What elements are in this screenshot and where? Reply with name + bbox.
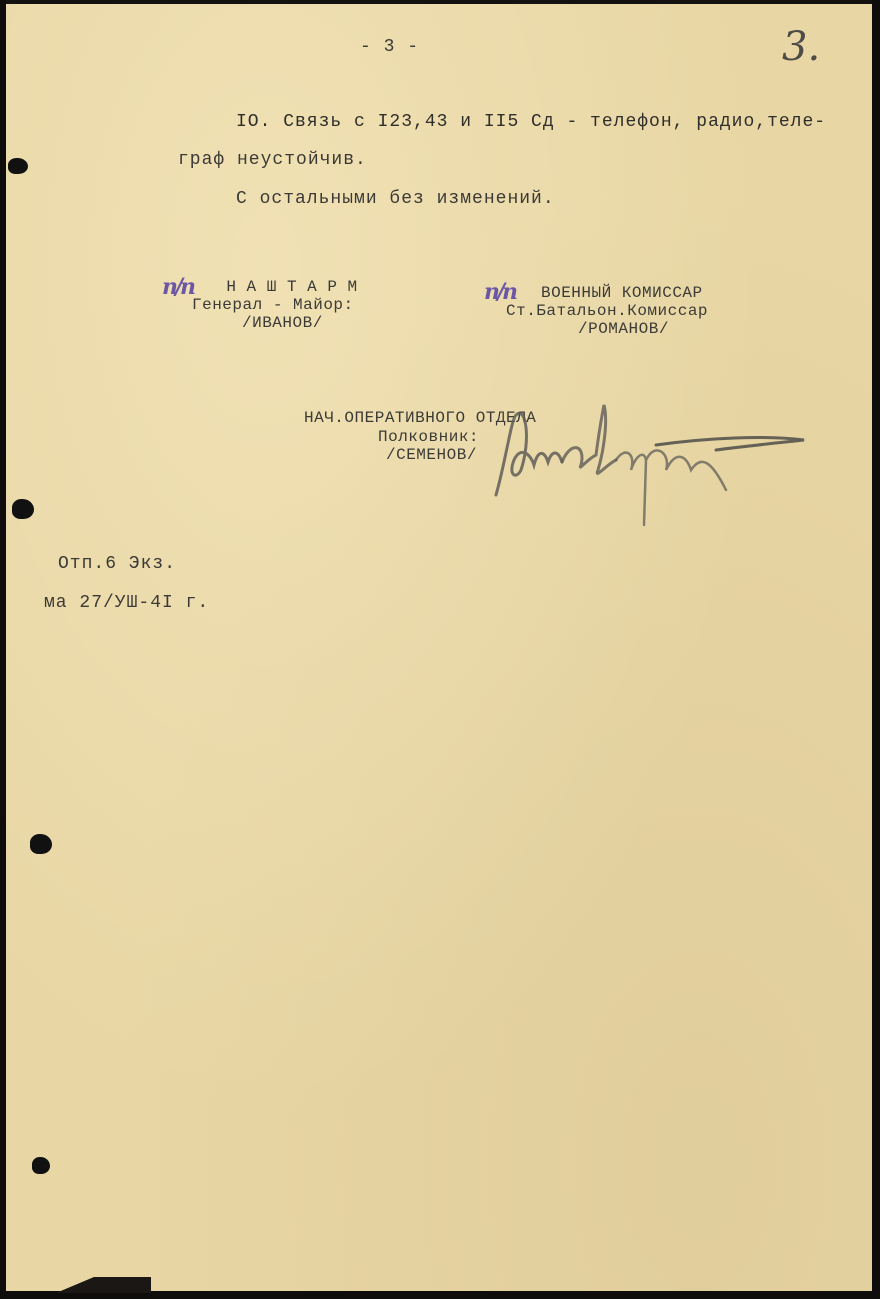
- punch-hole: [12, 499, 34, 519]
- signature-left-name: /ИВАНОВ/: [242, 314, 323, 332]
- signature-right-rank: Ст.Батальон.Комиссар: [506, 302, 708, 320]
- copies-note: Отп.6 Экз.: [58, 554, 176, 574]
- handwritten-page-number: 3.: [782, 24, 820, 70]
- signature-center-name: /СЕМЕНОВ/: [386, 446, 477, 464]
- signature-left-title: Н А Ш Т А Р М: [192, 278, 392, 296]
- date-note: ма 27/УШ-4I г.: [44, 593, 209, 613]
- punch-hole: [8, 158, 28, 174]
- purple-pp-mark-left: п/п: [162, 274, 193, 300]
- signature-right-title: ВОЕННЫЙ КОМИССАР: [541, 284, 703, 302]
- scan-border-right: [872, 0, 880, 1299]
- paragraph-10-line-1: IO. Связь с I23,43 и II5 Сд - телефон, р…: [236, 112, 826, 132]
- punch-hole: [32, 1157, 50, 1174]
- punch-hole: [30, 834, 52, 854]
- paragraph-10-line-2: граф неустойчив.: [178, 150, 367, 170]
- page-marker: - 3 -: [360, 37, 419, 57]
- signature-center-rank: Полковник:: [378, 428, 479, 446]
- pencil-signature: [486, 400, 816, 535]
- document-page: - 3 - 3. IO. Связь с I23,43 и II5 Сд - т…: [6, 4, 872, 1292]
- paragraph-no-changes: С остальными без изменений.: [236, 189, 555, 209]
- signature-left-rank: Генерал - Майор:: [192, 296, 354, 314]
- signature-right-name: /РОМАНОВ/: [578, 320, 669, 338]
